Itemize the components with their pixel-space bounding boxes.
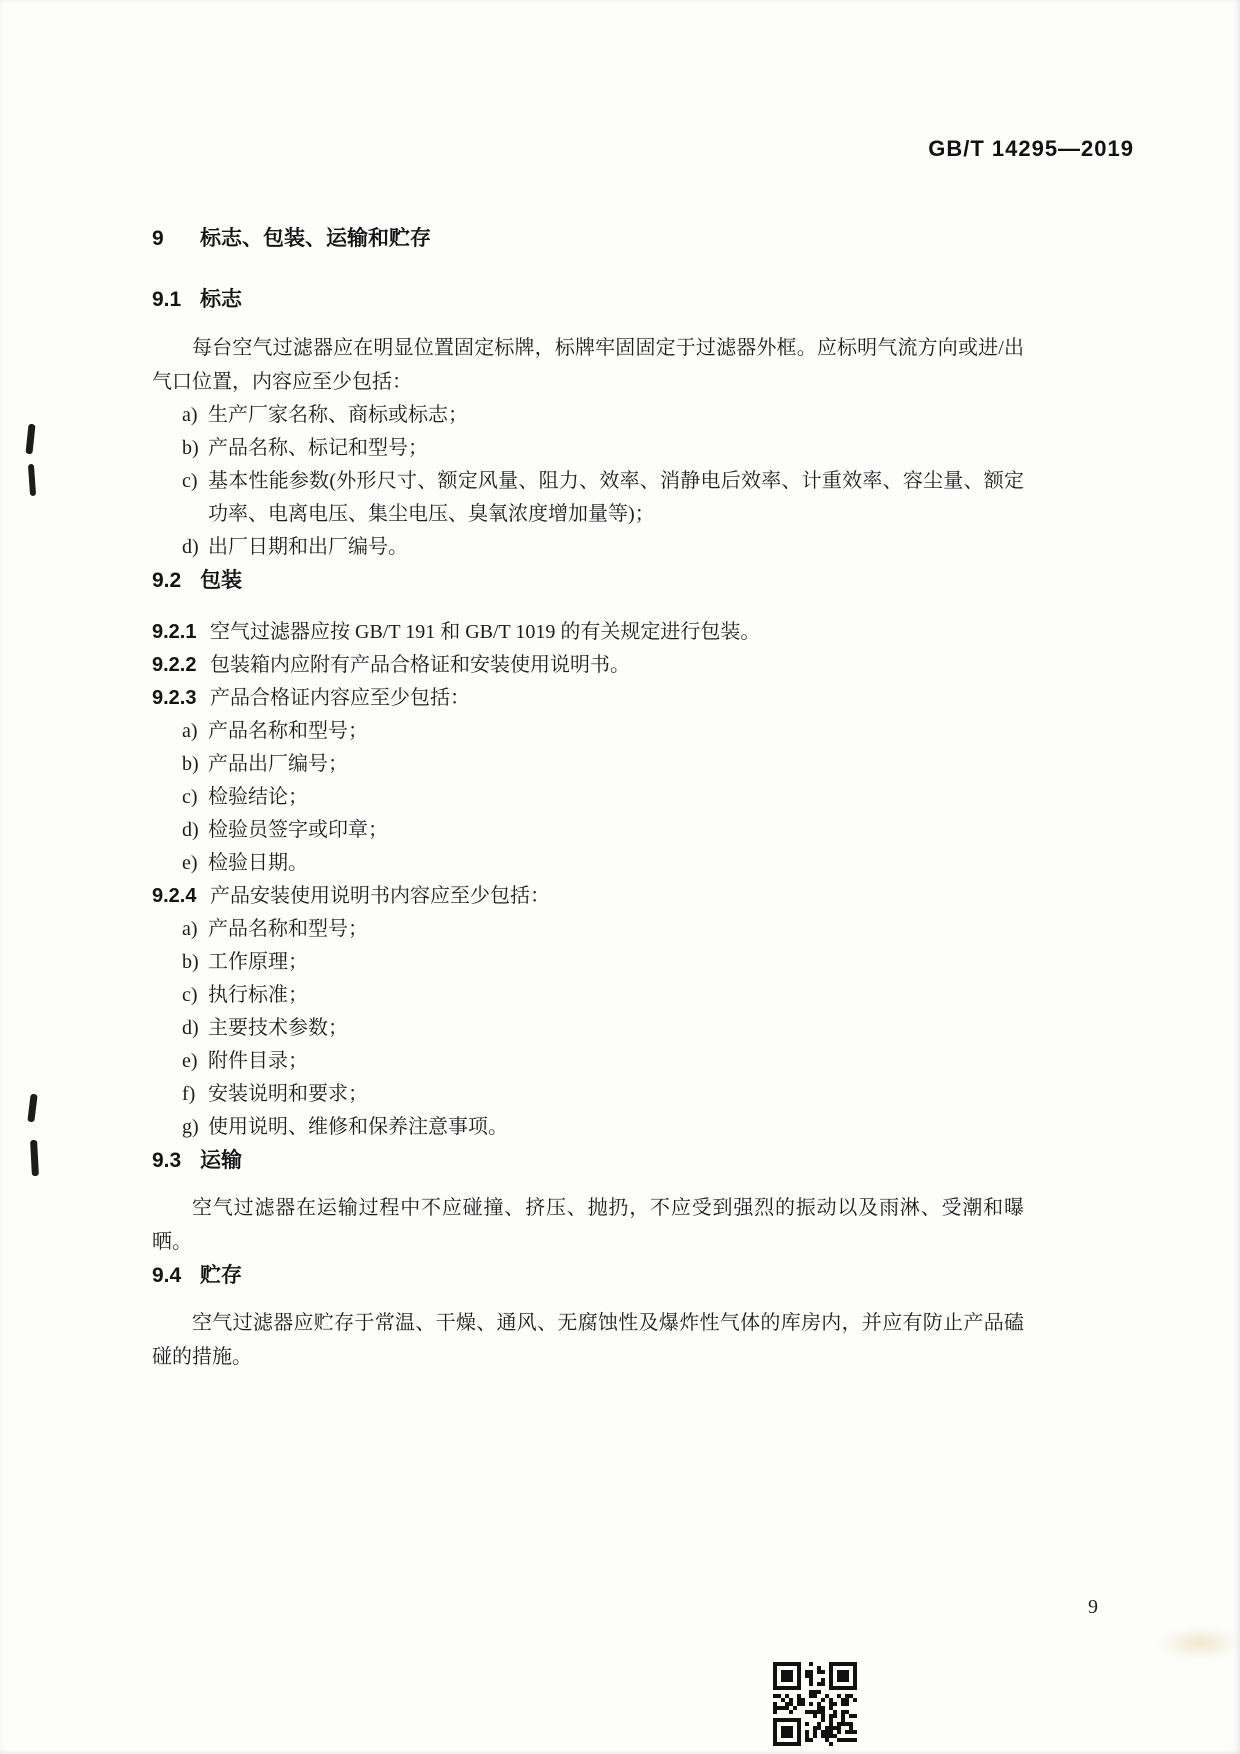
section-heading-9-4: 9.4 贮存 (152, 1259, 1024, 1292)
list-item-text: 检验日期。 (208, 847, 1024, 880)
list-item-text: 使用说明、维修和保养注意事项。 (208, 1111, 1024, 1144)
clause-9-2-3: 9.2.3 产品合格证内容应至少包括： (152, 682, 1024, 715)
list-item-text: 出厂日期和出厂编号。 (208, 531, 1024, 564)
list-item-label: d) (182, 814, 208, 847)
page-number: 9 (1088, 1596, 1098, 1619)
list-item-label: d) (182, 531, 208, 564)
list-item-label: f) (182, 1078, 208, 1111)
qr-code (773, 1662, 857, 1746)
list-item-text: 产品名称和型号； (208, 913, 1024, 946)
list-item: b) 产品出厂编号； (182, 748, 1024, 781)
list-item-text: 产品名称、标记和型号； (208, 432, 1024, 465)
list-item-text: 产品名称和型号； (208, 715, 1024, 748)
clause-number: 9.2.2 (152, 649, 210, 682)
list-item: d) 检验员签字或印章； (182, 814, 1024, 847)
list-item-text: 附件目录； (208, 1045, 1024, 1078)
list-item-text: 检验结论； (208, 781, 1024, 814)
list-item-label: b) (182, 432, 208, 465)
clause-text: 空气过滤器应按 GB/T 191 和 GB/T 1019 的有关规定进行包装。 (210, 616, 1024, 649)
clause-text: 包装箱内应附有产品合格证和安装使用说明书。 (210, 649, 1024, 682)
clause-number: 9.2.4 (152, 880, 210, 913)
list-item-label: a) (182, 913, 208, 946)
chapter-number: 9 (152, 222, 200, 255)
list-9-2-3: a) 产品名称和型号； b) 产品出厂编号； c) 检验结论； d) 检验员签字… (182, 715, 1024, 880)
list-item-label: d) (182, 1012, 208, 1045)
list-item: b) 工作原理； (182, 946, 1024, 979)
list-9-2-4: a) 产品名称和型号； b) 工作原理； c) 执行标准； d) 主要技术参数；… (182, 913, 1024, 1144)
paragraph-9-4: 空气过滤器应贮存于常温、干燥、通风、无腐蚀性及爆炸性气体的库房内，并应有防止产品… (152, 1306, 1024, 1374)
section-title: 贮存 (200, 1259, 242, 1292)
clause-9-2-2: 9.2.2 包装箱内应附有产品合格证和安装使用说明书。 (152, 649, 1024, 682)
section-number: 9.3 (152, 1144, 200, 1177)
list-item-label: b) (182, 946, 208, 979)
list-item: g) 使用说明、维修和保养注意事项。 (182, 1111, 1024, 1144)
list-item: e) 检验日期。 (182, 847, 1024, 880)
list-item: c) 执行标准； (182, 979, 1024, 1012)
list-item-label: c) (182, 465, 208, 531)
list-item: f) 安装说明和要求； (182, 1078, 1024, 1111)
list-item-label: g) (182, 1111, 208, 1144)
paragraph-9-1: 每台空气过滤器应在明显位置固定标牌，标牌牢固固定于过滤器外框。应标明气流方向或进… (152, 331, 1024, 399)
section-heading-9-1: 9.1 标志 (152, 283, 1024, 316)
list-item-label: a) (182, 399, 208, 432)
list-item: a) 产品名称和型号； (182, 913, 1024, 946)
section-title: 包装 (200, 564, 242, 597)
section-number: 9.2 (152, 564, 200, 597)
section-number: 9.4 (152, 1259, 200, 1292)
clause-text: 产品安装使用说明书内容应至少包括： (210, 880, 1024, 913)
clause-9-2-1: 9.2.1 空气过滤器应按 GB/T 191 和 GB/T 1019 的有关规定… (152, 616, 1024, 649)
list-item: c) 基本性能参数(外形尺寸、额定风量、阻力、效率、消静电后效率、计重效率、容尘… (182, 465, 1024, 531)
scan-smudge (1158, 1626, 1240, 1660)
list-item-label: e) (182, 847, 208, 880)
list-item-text: 检验员签字或印章； (208, 814, 1024, 847)
list-item-text: 基本性能参数(外形尺寸、额定风量、阻力、效率、消静电后效率、计重效率、容尘量、额… (208, 465, 1024, 531)
list-item: a) 产品名称和型号； (182, 715, 1024, 748)
list-item: e) 附件目录； (182, 1045, 1024, 1078)
list-9-1: a) 生产厂家名称、商标或标志； b) 产品名称、标记和型号； c) 基本性能参… (182, 399, 1024, 564)
clause-text: 产品合格证内容应至少包括： (210, 682, 1024, 715)
list-item: c) 检验结论； (182, 781, 1024, 814)
list-item-text: 工作原理； (208, 946, 1024, 979)
list-item-label: a) (182, 715, 208, 748)
section-number: 9.1 (152, 283, 200, 316)
section-title: 运输 (200, 1144, 242, 1177)
list-item-label: c) (182, 979, 208, 1012)
paragraph-9-3: 空气过滤器在运输过程中不应碰撞、挤压、抛扔，不应受到强烈的振动以及雨淋、受潮和曝… (152, 1191, 1024, 1259)
clause-number: 9.2.1 (152, 616, 210, 649)
list-item: d) 主要技术参数； (182, 1012, 1024, 1045)
chapter-heading: 9 标志、包装、运输和贮存 (152, 222, 1024, 255)
page-content: 9 标志、包装、运输和贮存 9.1 标志 每台空气过滤器应在明显位置固定标牌，标… (0, 0, 1024, 1374)
list-item-label: b) (182, 748, 208, 781)
clause-number: 9.2.3 (152, 682, 210, 715)
list-item-text: 执行标准； (208, 979, 1024, 1012)
section-title: 标志 (200, 283, 242, 316)
clause-9-2-4: 9.2.4 产品安装使用说明书内容应至少包括： (152, 880, 1024, 913)
section-heading-9-2: 9.2 包装 (152, 564, 1024, 597)
list-item: a) 生产厂家名称、商标或标志； (182, 399, 1024, 432)
list-item-text: 产品出厂编号； (208, 748, 1024, 781)
standard-number: GB/T 14295—2019 (928, 136, 1134, 162)
list-item-text: 生产厂家名称、商标或标志； (208, 399, 1024, 432)
document-page: GB/T 14295—2019 9 标志、包装、运输和贮存 9.1 标志 每台空… (0, 0, 1240, 1754)
section-heading-9-3: 9.3 运输 (152, 1144, 1024, 1177)
list-item-label: c) (182, 781, 208, 814)
chapter-title: 标志、包装、运输和贮存 (200, 222, 431, 255)
list-item: d) 出厂日期和出厂编号。 (182, 531, 1024, 564)
list-item-label: e) (182, 1045, 208, 1078)
list-item: b) 产品名称、标记和型号； (182, 432, 1024, 465)
list-item-text: 安装说明和要求； (208, 1078, 1024, 1111)
list-item-text: 主要技术参数； (208, 1012, 1024, 1045)
